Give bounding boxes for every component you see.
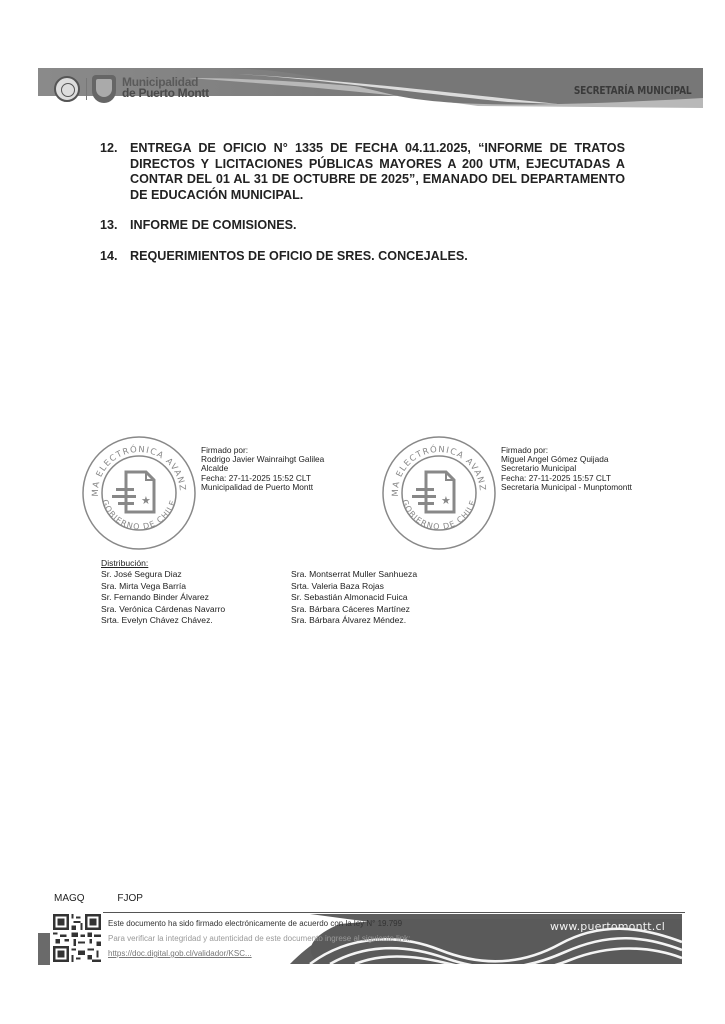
agenda-list: 12. ENTREGA DE OFICIO N° 1335 DE FECHA 0… [100,141,655,280]
distribution-recipient: Srta. Valeria Baza Rojas [291,581,481,592]
agenda-item-number: 12. [100,141,130,203]
distribution-recipient: Sra. Mirta Vega Barría [101,581,291,592]
distribution-recipient: Sr. José Segura Diaz [101,569,291,580]
municipal-seal-icon [54,76,80,102]
agenda-item-text: REQUERIMIENTOS DE OFICIO DE SRES. CONCEJ… [130,249,625,265]
agenda-item: 13. INFORME DE COMISIONES. [100,218,655,234]
signer-organization: Municipalidad de Puerto Montt [201,483,324,492]
agenda-item: 14. REQUERIMIENTOS DE OFICIO DE SRES. CO… [100,249,655,265]
electronic-signature-seal-icon: FIRMA ELECTRÓNICA AVANZADA GOBIERNO DE C… [80,434,198,552]
svg-text:GOBIERNO DE CHILE: GOBIERNO DE CHILE [400,498,478,531]
footer-accent-bar [38,933,50,965]
distribution-column-right: Sra. Montserrat Muller Sanhueza Srta. Va… [291,569,481,626]
letterhead-header: Municipalidad de Puerto Montt SECRETARÍA… [38,68,703,108]
distribution-recipient: Srta. Evelyn Chávez Chávez. [101,615,291,626]
qr-code-icon[interactable] [53,914,101,962]
electronic-signature-notice: Este documento ha sido firmado electróni… [108,916,410,961]
validation-link[interactable]: https://doc.digital.gob.cl/validador/KSC… [108,946,410,961]
svg-text:★: ★ [141,495,151,507]
initials-author: MAGQ [54,893,85,904]
distribution-title: Distribución: [101,558,481,569]
signature-details: Firmado por: Miguel Angel Gómez Quijada … [501,446,632,492]
distribution-recipient: Sr. Fernando Binder Álvarez [101,592,291,603]
municipality-name: Municipalidad de Puerto Montt [122,77,209,99]
svg-text:FIRMA ELECTRÓNICA AVANZADA: FIRMA ELECTRÓNICA AVANZADA [80,434,187,497]
document-initials: MAGQ FJOP [54,893,173,904]
agenda-item: 12. ENTREGA DE OFICIO N° 1335 DE FECHA 0… [100,141,655,203]
department-name: SECRETARÍA MUNICIPAL [573,84,691,97]
footer-divider [103,912,685,913]
notice-line2: Para verificar la integridad y autentici… [108,931,410,946]
svg-text:FIRMA ELECTRÓNICA AVANZADA: FIRMA ELECTRÓNICA AVANZADA [380,434,487,497]
distribution-column-left: Sr. José Segura Diaz Sra. Mirta Vega Bar… [101,569,291,626]
notice-line1: Este documento ha sido firmado electróni… [108,916,410,931]
signer-organization: Secretaria Municipal - Munptomontt [501,483,632,492]
website-link[interactable]: www.puertomontt.cl [550,920,665,933]
initials-typist: FJOP [117,893,143,904]
logo-divider [86,78,87,100]
svg-text:★: ★ [441,495,451,507]
municipality-name-line2: de Puerto Montt [122,88,209,99]
agenda-item-number: 13. [100,218,130,234]
distribution-recipient: Sr. Sebastián Almonacid Fuica [291,592,481,603]
agenda-item-text: ENTREGA DE OFICIO N° 1335 DE FECHA 04.11… [130,141,625,203]
electronic-signature-seal-icon: FIRMA ELECTRÓNICA AVANZADA GOBIERNO DE C… [380,434,498,552]
signature-details: Firmado por: Rodrigo Javier Wainraihgt G… [201,446,324,492]
distribution-recipient: Sra. Bárbara Cáceres Martínez [291,604,481,615]
agenda-item-text: INFORME DE COMISIONES. [130,218,625,234]
agenda-item-number: 14. [100,249,130,265]
distribution-recipient: Sra. Montserrat Muller Sanhueza [291,569,481,580]
distribution-list: Distribución: Sr. José Segura Diaz Sra. … [101,558,481,626]
distribution-recipient: Sra. Bárbara Álvarez Méndez. [291,615,481,626]
coat-of-arms-icon [92,75,116,103]
distribution-recipient: Sra. Verónica Cárdenas Navarro [101,604,291,615]
svg-text:GOBIERNO DE CHILE: GOBIERNO DE CHILE [100,498,178,531]
